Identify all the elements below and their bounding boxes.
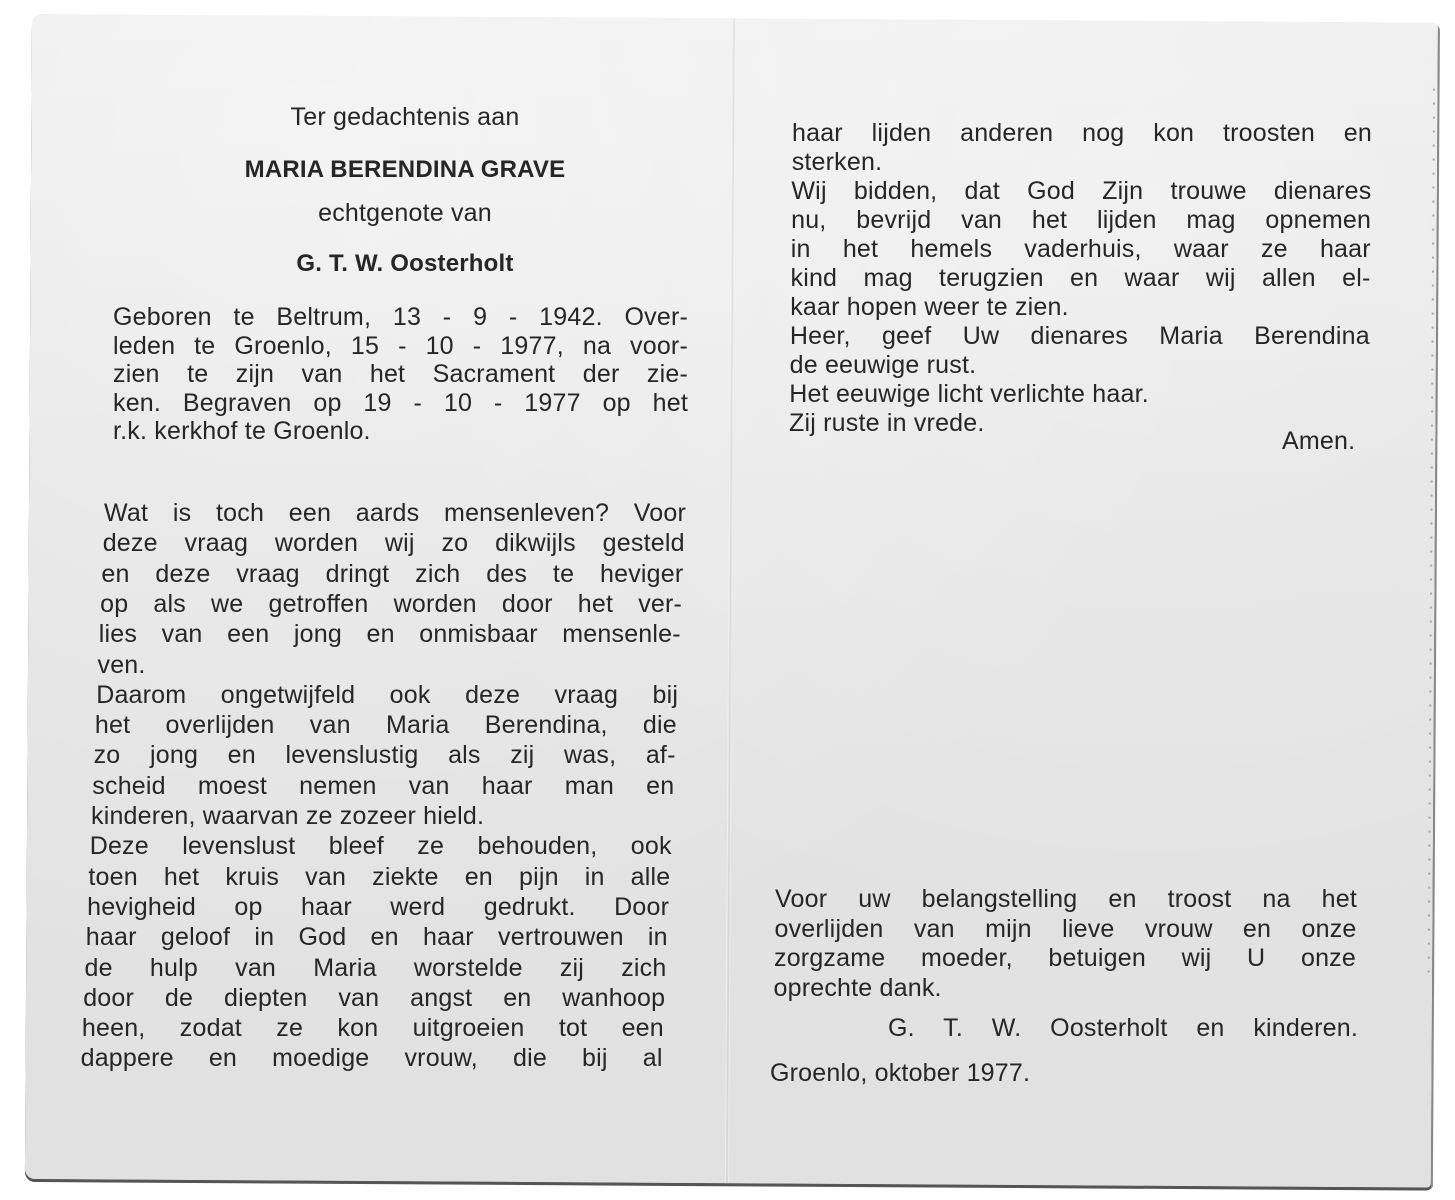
text-line: Voor uw belangstelling en troost na het [775, 884, 1357, 914]
text-line: nu, bevrijd van het lijden mag opnemen [791, 205, 1371, 235]
text-line: haar geloof in God en haar vertrouwen in [86, 922, 668, 952]
text-line: ken. Begraven op 19 - 10 - 1977 op het [113, 388, 688, 418]
text-line: Heer, geef Uw dienares Maria Berendina [790, 321, 1370, 351]
text-line: overlijden van mijn lieve vrouw en onze [775, 914, 1357, 944]
text-line: en deze vraag dringt zich des te heviger [101, 559, 683, 589]
text-line: kind mag terugzien en waar wij allen el- [791, 263, 1371, 293]
text-line: zien te zijn van het Sacrament der zie- [113, 359, 688, 389]
text-line: Deze levenslust bleef ze behouden, ook [90, 831, 672, 861]
intro-text: Ter gedachtenis aan [230, 102, 580, 132]
text-line: hevigheid op haar werd gedrukt. Door [87, 892, 669, 922]
text-line: door de diepten van angst en wanhoop [83, 983, 665, 1013]
text-line: Het eeuwige licht verlichte haar. [789, 379, 1149, 409]
text-line: Wat is toch een aards mensenleven? Voor [104, 498, 686, 528]
perforated-edge [1427, 83, 1435, 983]
text-line: Daarom ongetwijfeld ook deze vraag bij [96, 680, 678, 710]
text-line: lies van een jong en onmisbaar mensenle- [99, 619, 681, 649]
text-line: toen het kruis van ziekte en pijn in all… [88, 862, 670, 892]
text-line: ven. [98, 650, 146, 680]
text-line: r.k. kerkhof te Groenlo. [113, 416, 371, 446]
text-line: sterken. [792, 147, 883, 177]
text-line: Wij bidden, dat God Zijn trouwe dienares [791, 176, 1371, 206]
text-line: kinderen, waarvan ze zozeer hield. [91, 801, 484, 831]
relation-text: echtgenote van [260, 198, 550, 228]
text-line: leden te Groenlo, 15 - 10 - 1977, na voo… [113, 331, 688, 361]
text-line: Geboren te Beltrum, 13 - 9 - 1942. Over- [113, 302, 688, 332]
text-line: zorgzame moeder, betuigen wij U onze [774, 943, 1356, 973]
deceased-name: MARIA BERENDINA GRAVE [190, 155, 620, 185]
text-line: deze vraag worden wij zo dikwijls gestel… [103, 528, 685, 558]
place-date: Groenlo, oktober 1977. [770, 1058, 1110, 1088]
text-line: de hulp van Maria worstelde zij zich [85, 953, 667, 983]
amen-text: Amen. [1282, 426, 1355, 456]
text-line: oprechte dank. [774, 973, 942, 1003]
text-line: de eeuwige rust. [790, 350, 977, 380]
text-line: zo jong en levenslustig als zij was, af- [94, 740, 676, 770]
text-line: het overlijden van Maria Berendina, die [95, 710, 677, 740]
text-line: kaar hopen weer te zien. [790, 292, 1069, 322]
spouse-name: G. T. W. Oosterholt [240, 249, 570, 279]
text-line: heen, zodat ze kon uitgroeien tot een [82, 1013, 664, 1043]
signature: G. T. W. Oosterholt en kinderen. [888, 1013, 1358, 1043]
text-line: scheid moest nemen van haar man en [92, 771, 674, 801]
text-line: in het hemels vaderhuis, waar ze haar [791, 234, 1371, 264]
text-line: Zij ruste in vrede. [789, 408, 985, 438]
text-line: dappere en moedige vrouw, die bij al [81, 1043, 663, 1073]
text-line: haar lijden anderen nog kon troosten en [792, 118, 1372, 148]
center-fold [725, 18, 736, 1183]
text-line: op als we getroffen worden door het ver- [100, 589, 682, 619]
